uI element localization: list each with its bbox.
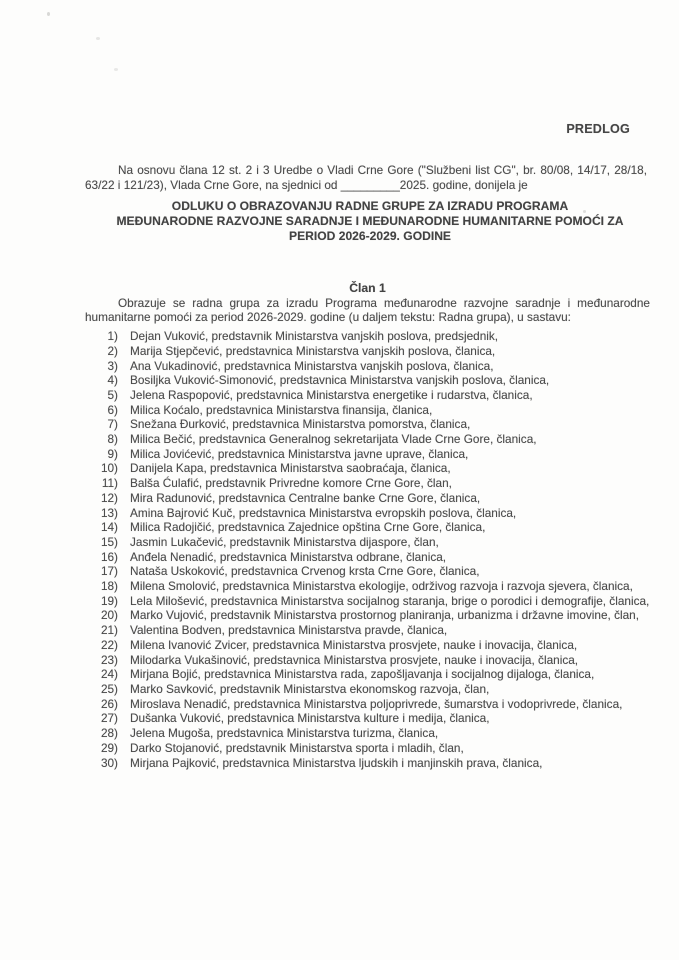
member-item: 16) Anđela Nenadić, predstavnica Minista… — [85, 550, 650, 565]
member-item: 22) Milena Ivanović Zvicer, predstavnica… — [85, 638, 650, 653]
member-text: Milica Radojičić, predstavnica Zajednice… — [130, 520, 485, 534]
member-text: Anđela Nenadić, predstavnica Ministarstv… — [130, 550, 446, 564]
member-number: 15) — [85, 535, 118, 550]
member-item: 17) Nataša Uskoković, predstavnica Crven… — [85, 564, 650, 579]
member-text: Dejan Vuković, predstavnik Ministarstva … — [130, 329, 498, 343]
member-text: Milena Ivanović Zvicer, predstavnica Min… — [130, 638, 577, 652]
member-item: 15) Jasmin Lukačević, predstavnik Minist… — [85, 535, 650, 550]
member-number: 17) — [85, 564, 118, 579]
member-item: 7) Snežana Đurković, predstavnica Minist… — [85, 417, 650, 432]
member-number: 5) — [85, 388, 118, 403]
member-number: 23) — [85, 653, 118, 668]
member-item: 4) Bosiljka Vuković-Simonović, predstavn… — [85, 373, 650, 388]
member-text: Mirjana Bojić, predstavnica Ministarstva… — [130, 667, 594, 681]
member-text: Balša Ćulafić, predstavnik Privredne kom… — [130, 476, 452, 490]
member-text: Marko Savković, predstavnik Ministarstva… — [130, 682, 489, 696]
member-item: 3) Ana Vukadinović, predstavnica Minista… — [85, 359, 650, 374]
member-item: 12) Mira Radunović, predstavnica Central… — [85, 491, 650, 506]
member-number: 2) — [85, 344, 118, 359]
member-item: 9) Milica Jovićević, predstavnica Minist… — [85, 447, 650, 462]
member-item: 18) Milena Smolović, predstavnica Minist… — [85, 579, 650, 594]
member-text: Valentina Bodven, predstavnica Ministars… — [130, 623, 447, 637]
predlog-label: PREDLOG — [566, 122, 630, 137]
member-text: Ana Vukadinović, predstavnica Ministarst… — [130, 359, 493, 373]
member-item: 24) Mirjana Bojić, predstavnica Ministar… — [85, 667, 650, 682]
member-item: 8) Milica Bečić, predstavnica Generalnog… — [85, 432, 650, 447]
article-1: Član 1 Obrazuje se radna grupa za izradu… — [85, 281, 650, 770]
member-text: Marija Stjepčević, predstavnica Ministar… — [130, 344, 495, 358]
member-item: 14) Milica Radojičić, predstavnica Zajed… — [85, 520, 650, 535]
member-number: 7) — [85, 417, 118, 432]
scan-speck — [114, 68, 118, 71]
member-item: 2) Marija Stjepčević, predstavnica Minis… — [85, 344, 650, 359]
member-number: 19) — [85, 594, 118, 609]
member-item: 26) Miroslava Nenadić, predstavnica Mini… — [85, 697, 650, 712]
members-list: 1) Dejan Vuković, predstavnik Ministarst… — [85, 329, 650, 770]
document-page: PREDLOG Na osnovu člana 12 st. 2 i 3 Ure… — [0, 0, 679, 960]
scan-speck — [96, 37, 100, 40]
member-number: 13) — [85, 506, 118, 521]
member-text: Milica Jovićević, predstavnica Ministars… — [130, 447, 468, 461]
member-text: Nataša Uskoković, predstavnica Crvenog k… — [130, 564, 479, 578]
member-number: 4) — [85, 373, 118, 388]
member-item: 20) Marko Vujović, predstavnik Ministars… — [85, 608, 650, 623]
member-number: 14) — [85, 520, 118, 535]
member-number: 28) — [85, 726, 118, 741]
member-number: 6) — [85, 403, 118, 418]
member-text: Jelena Mugoša, predstavnica Ministarstva… — [130, 726, 438, 740]
member-item: 27) Dušanka Vuković, predstavnica Minist… — [85, 711, 650, 726]
member-text: Miroslava Nenadić, predstavnica Ministar… — [130, 697, 622, 711]
member-text: Milena Smolović, predstavnica Ministarst… — [130, 579, 633, 593]
member-number: 3) — [85, 359, 118, 374]
member-text: Lela Milošević, predstavnica Ministarstv… — [130, 594, 649, 608]
member-item: 6) Milica Koćalo, predstavnica Ministars… — [85, 403, 650, 418]
member-text: Mirjana Pajković, predstavnica Ministars… — [130, 756, 542, 770]
member-text: Dušanka Vuković, predstavnica Ministarst… — [130, 711, 490, 725]
member-number: 1) — [85, 329, 118, 344]
article-1-paragraph: Obrazuje se radna grupa za izradu Progra… — [85, 296, 650, 325]
member-number: 30) — [85, 756, 118, 771]
member-text: Jasmin Lukačević, predstavnik Ministarst… — [130, 535, 439, 549]
member-item: 1) Dejan Vuković, predstavnik Ministarst… — [85, 329, 650, 344]
member-text: Marko Vujović, predstavnik Ministarstva … — [130, 608, 639, 622]
member-text: Danijela Kapa, predstavnica Ministarstva… — [130, 461, 451, 475]
decision-title-line-1: ODLUKU O OBRAZOVANJU RADNE GRUPE ZA IZRA… — [85, 199, 655, 214]
intro-paragraph: Na osnovu člana 12 st. 2 i 3 Uredbe o Vl… — [85, 163, 647, 192]
member-number: 29) — [85, 741, 118, 756]
member-number: 9) — [85, 447, 118, 462]
member-text: Darko Stojanović, predstavnik Ministarst… — [130, 741, 464, 755]
member-text: Jelena Raspopović, predstavnica Ministar… — [130, 388, 533, 402]
member-item: 23) Milodarka Vukašinović, predstavnica … — [85, 653, 650, 668]
member-number: 20) — [85, 608, 118, 623]
member-number: 24) — [85, 667, 118, 682]
member-item: 25) Marko Savković, predstavnik Ministar… — [85, 682, 650, 697]
member-text: Snežana Đurković, predstavnica Ministars… — [130, 417, 470, 431]
member-number: 10) — [85, 461, 118, 476]
member-item: 21) Valentina Bodven, predstavnica Minis… — [85, 623, 650, 638]
member-number: 26) — [85, 697, 118, 712]
member-number: 25) — [85, 682, 118, 697]
member-text: Amina Bajrović Kuč, predstavnica Minista… — [130, 506, 516, 520]
decision-title-line-3: PERIOD 2026-2029. GODINE — [85, 229, 655, 244]
member-item: 19) Lela Milošević, predstavnica Minista… — [85, 594, 650, 609]
member-item: 5) Jelena Raspopović, predstavnica Minis… — [85, 388, 650, 403]
member-text: Bosiljka Vuković-Simonović, predstavnica… — [130, 373, 549, 387]
decision-title: ODLUKU O OBRAZOVANJU RADNE GRUPE ZA IZRA… — [85, 199, 655, 244]
member-text: Milica Koćalo, predstavnica Ministarstva… — [130, 403, 432, 417]
member-number: 22) — [85, 638, 118, 653]
member-item: 13) Amina Bajrović Kuč, predstavnica Min… — [85, 506, 650, 521]
member-item: 29) Darko Stojanović, predstavnik Minist… — [85, 741, 650, 756]
member-number: 11) — [85, 476, 118, 491]
scan-speck — [47, 12, 50, 16]
member-number: 16) — [85, 550, 118, 565]
member-text: Mira Radunović, predstavnica Centralne b… — [130, 491, 480, 505]
article-1-heading: Član 1 — [85, 281, 650, 296]
decision-title-line-2: MEĐUNARODNE RAZVOJNE SARADNJE I MEĐUNARO… — [85, 214, 655, 229]
member-item: 10) Danijela Kapa, predstavnica Ministar… — [85, 461, 650, 476]
member-text: Milica Bečić, predstavnica Generalnog se… — [130, 432, 537, 446]
member-item: 11) Balša Ćulafić, predstavnik Privredne… — [85, 476, 650, 491]
member-text: Milodarka Vukašinović, predstavnica Mini… — [130, 653, 578, 667]
member-number: 27) — [85, 711, 118, 726]
member-item: 28) Jelena Mugoša, predstavnica Ministar… — [85, 726, 650, 741]
member-item: 30) Mirjana Pajković, predstavnica Minis… — [85, 756, 650, 771]
member-number: 21) — [85, 623, 118, 638]
member-number: 12) — [85, 491, 118, 506]
member-number: 8) — [85, 432, 118, 447]
member-number: 18) — [85, 579, 118, 594]
